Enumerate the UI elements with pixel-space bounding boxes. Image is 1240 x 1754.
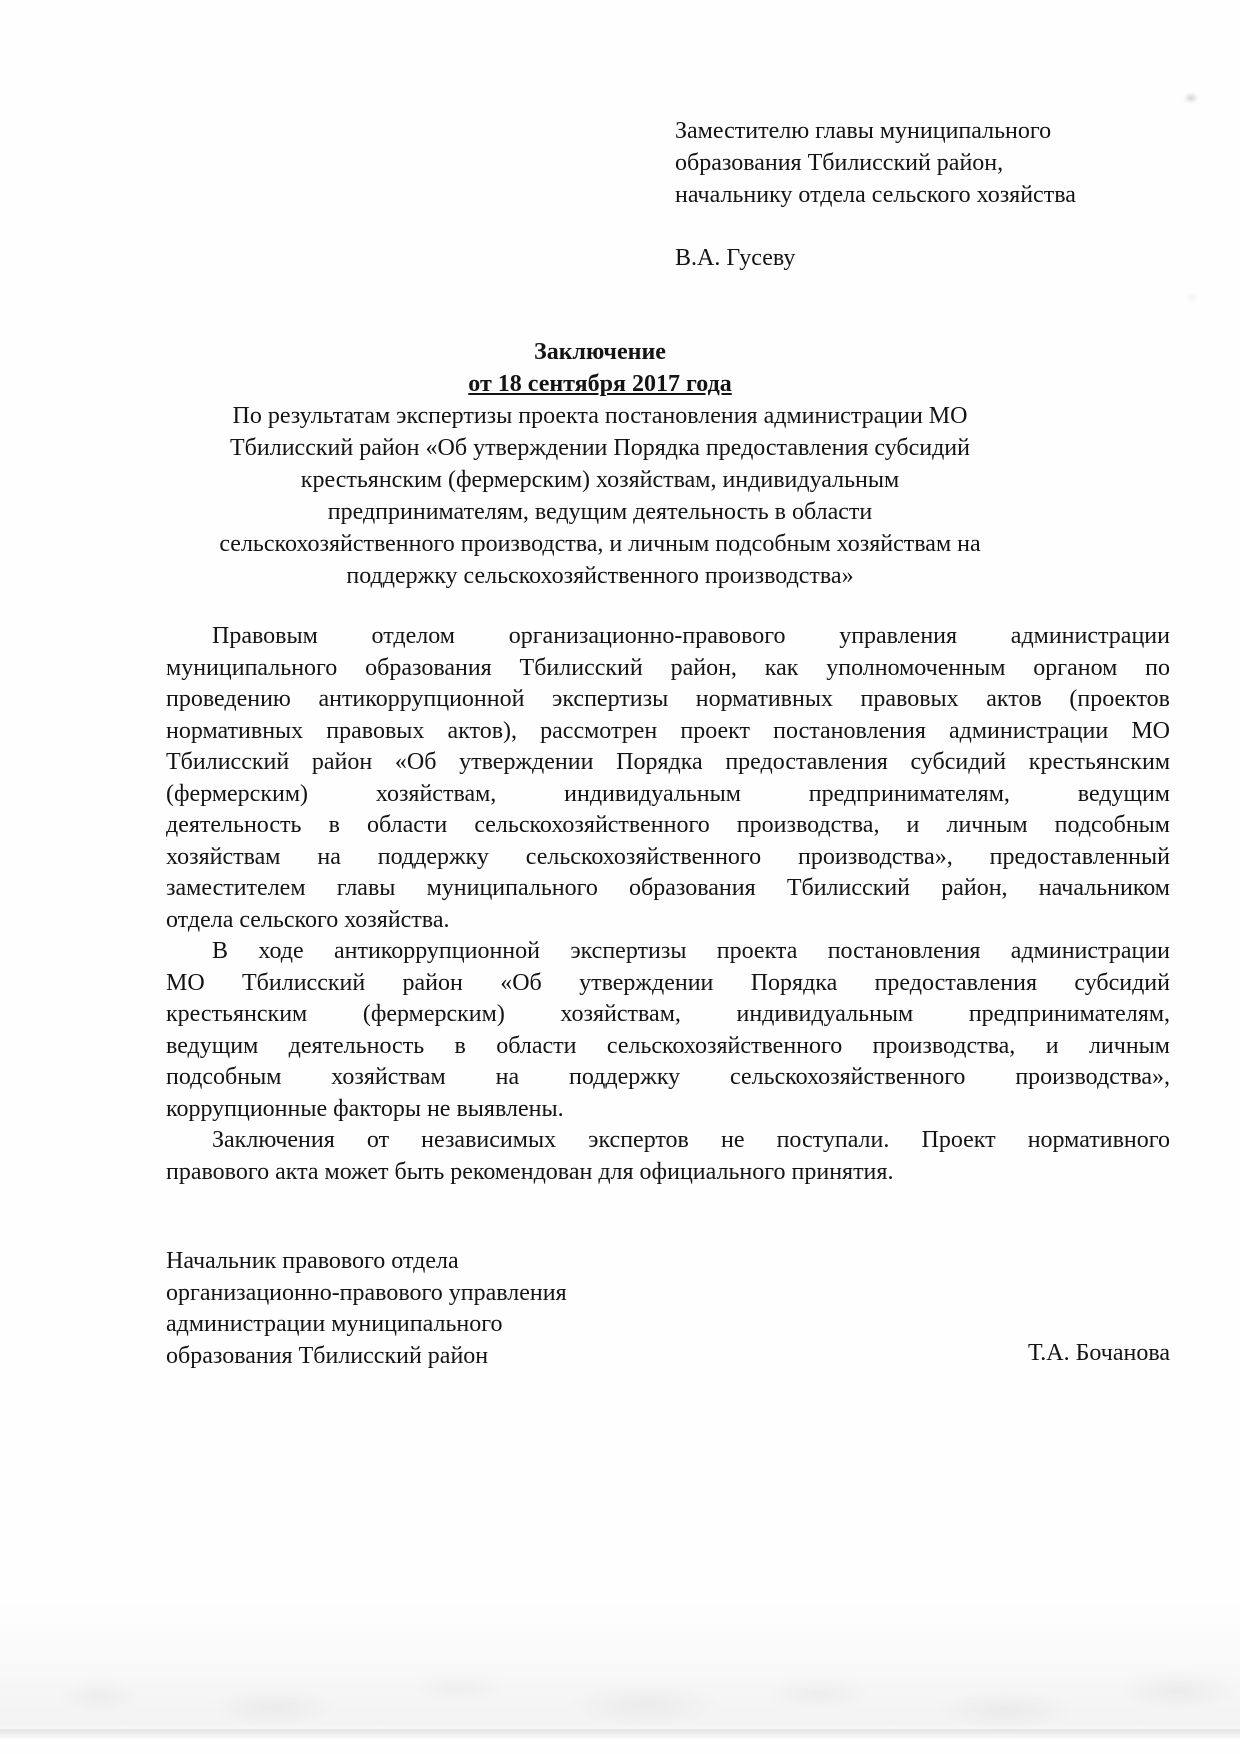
paragraph-line: В ходе антикоррупционной экспертизы прое…: [166, 936, 1170, 968]
paragraph-line: Правовым отделом организационно-правовог…: [166, 621, 1170, 653]
recipient-line: начальнику отдела сельского хозяйства: [675, 179, 1145, 211]
paragraph-3: Заключения от независимых экспертов не п…: [166, 1125, 1170, 1188]
scan-noise-band: [0, 1598, 1240, 1734]
recipient-block: Заместителю главы муниципальногообразова…: [675, 115, 1145, 211]
recipient-name: В.А. Гусеву: [675, 242, 795, 274]
signature-line: Начальник правового отдела: [166, 1246, 1170, 1278]
scan-smudge-artifact: [1186, 292, 1198, 302]
signature-line: администрации муниципального: [166, 1309, 1170, 1341]
document-date: от 18 сентября 2017 года: [172, 368, 1028, 400]
subject-line: крестьянским (фермерским) хозяйствам, ин…: [172, 464, 1028, 496]
recipient-line: образования Тбилисский район,: [675, 147, 1145, 179]
paragraph-line: муниципального образования Тбилисский ра…: [166, 653, 1170, 685]
paragraph-line: хозяйствам на поддержку сельскохозяйстве…: [166, 842, 1170, 874]
signature-name: Т.А. Бочанова: [1028, 1337, 1170, 1369]
paragraph-line: ведущим деятельность в области сельскохо…: [166, 1031, 1170, 1063]
scan-smudge-artifact: [1183, 92, 1199, 104]
paragraph-line: подсобным хозяйствам на поддержку сельск…: [166, 1062, 1170, 1094]
scanned-document-page: Заместителю главы муниципальногообразова…: [0, 0, 1240, 1754]
paragraph-line: МО Тбилисский район «Об утверждении Поря…: [166, 968, 1170, 1000]
subject-block: По результатам экспертизы проекта постан…: [172, 400, 1028, 592]
paragraph-line: Тбилисский район «Об утверждении Порядка…: [166, 747, 1170, 779]
signature-line: организационно-правового управления: [166, 1278, 1170, 1310]
signature-line: образования Тбилисский район: [166, 1341, 1170, 1373]
subject-line: Тбилисский район «Об утверждении Порядка…: [172, 432, 1028, 464]
subject-line: предпринимателям, ведущим деятельность в…: [172, 496, 1028, 528]
subject-line: По результатам экспертизы проекта постан…: [172, 400, 1028, 432]
scan-edge-line: [0, 1729, 1240, 1738]
paragraph-line: коррупционные факторы не выявлены.: [166, 1094, 1170, 1126]
heading-block: Заключение от 18 сентября 2017 года По р…: [172, 336, 1028, 592]
paragraph-line: отдела сельского хозяйства.: [166, 905, 1170, 937]
paragraph-1: Правовым отделом организационно-правовог…: [166, 621, 1170, 936]
paragraph-line: проведению антикоррупционной экспертизы …: [166, 684, 1170, 716]
paragraph-2: В ходе антикоррупционной экспертизы прое…: [166, 936, 1170, 1125]
document-title: Заключение: [172, 336, 1028, 368]
paragraph-line: правового акта может быть рекомендован д…: [166, 1157, 1170, 1189]
paragraph-line: заместителем главы муниципального образо…: [166, 873, 1170, 905]
subject-line: сельскохозяйственного производства, и ли…: [172, 528, 1028, 560]
paragraph-line: нормативных правовых актов), рассмотрен …: [166, 716, 1170, 748]
recipient-line: Заместителю главы муниципального: [675, 115, 1145, 147]
paragraph-line: (фермерским) хозяйствам, индивидуальным …: [166, 779, 1170, 811]
paragraph-line: деятельность в области сельскохозяйствен…: [166, 810, 1170, 842]
paragraph-line: крестьянским (фермерским) хозяйствам, ин…: [166, 999, 1170, 1031]
paragraph-line: Заключения от независимых экспертов не п…: [166, 1125, 1170, 1157]
subject-line: поддержку сельскохозяйственного производ…: [172, 560, 1028, 592]
signature-position-block: Начальник правового отделаорганизационно…: [166, 1246, 1170, 1372]
